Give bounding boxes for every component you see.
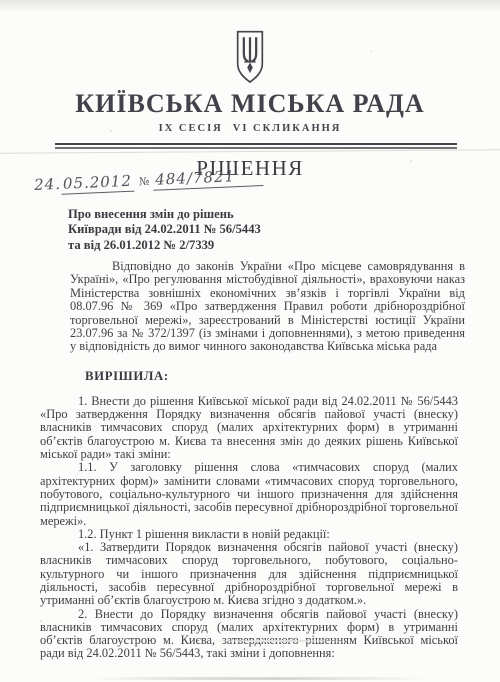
scan-edge-shade — [0, 0, 500, 12]
decision-items: 1. Внести до рішення Київської міської р… — [40, 395, 458, 661]
subject-line-1: Про внесення змін до рішень — [68, 207, 500, 222]
item-1-1: 1.1. У заголовку рішення слова «тимчасов… — [40, 461, 458, 527]
organization-name: КИЇВСЬКА МІСЬКА РАДА — [0, 90, 500, 119]
item-2: 2. Внести до Порядку визначення обсягів … — [40, 608, 458, 661]
handwritten-date: 05.2012 — [61, 172, 135, 195]
ukraine-trident-emblem-icon — [233, 30, 267, 86]
scan-fold-line — [0, 149, 500, 153]
number-sign: № — [139, 175, 151, 188]
header-divider-rule — [55, 143, 457, 149]
session-number: IX СЕСІЯ — [159, 123, 223, 134]
scan-bottom-shadow — [90, 677, 430, 680]
resolved-heading: ВИРІШИЛА: — [85, 369, 500, 384]
decision-subject: Про внесення змін до рішень Київради від… — [68, 207, 500, 253]
handwritten-day: 24. — [34, 175, 62, 194]
item-1-2: 1.2. Пункт 1 рішення викласти в новій ре… — [40, 528, 458, 541]
subject-line-2: Київради від 24.02.2011 № 56/5443 — [68, 222, 500, 237]
item-1-2-new-wording: «1. Затвердити Порядок визначення обсягі… — [40, 541, 458, 607]
scanned-decision-document: КИЇВСЬКА МІСЬКА РАДА IX СЕСІЯVI СКЛИКАНН… — [0, 0, 500, 682]
scan-smudge — [200, 640, 350, 642]
preamble-paragraph: Відповідно до законів України «Про місце… — [70, 260, 465, 354]
handwritten-number: 484/7821 — [153, 166, 264, 191]
session-line: IX СЕСІЯVI СКЛИКАННЯ — [0, 123, 500, 134]
convocation-number: VI СКЛИКАННЯ — [233, 123, 342, 134]
subject-line-3: та від 26.01.2012 № 2/7339 — [68, 238, 500, 253]
item-1: 1. Внести до рішення Київської міської р… — [40, 395, 458, 461]
